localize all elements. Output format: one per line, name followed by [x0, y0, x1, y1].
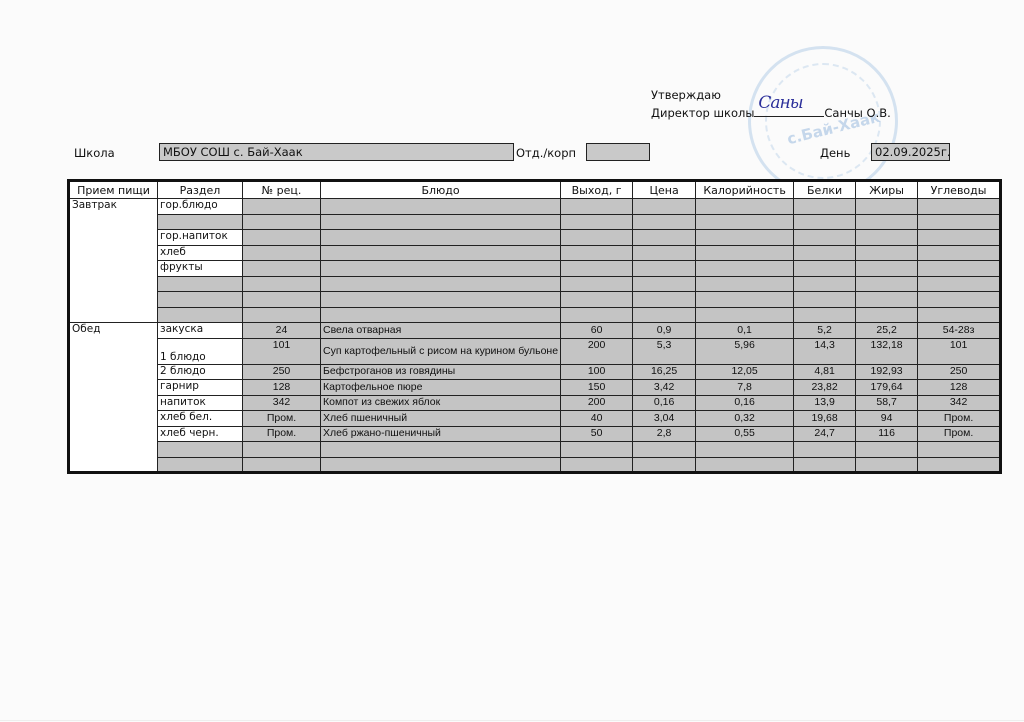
output-cell[interactable]: 100 — [561, 364, 633, 380]
calories-cell[interactable] — [696, 214, 794, 230]
protein-cell[interactable]: 14,3 — [794, 338, 856, 364]
table-row: Обедзакуска24Свела отварная600,90,15,225… — [69, 323, 1001, 339]
page-edge — [0, 720, 1024, 721]
section-cell: закуска — [158, 323, 243, 339]
column-header-section: Раздел — [158, 181, 243, 199]
approval-block: Утверждаю Директор школыСаныСанчы О.В. — [651, 86, 891, 122]
table-row: фрукты — [69, 261, 1001, 277]
carbs-cell[interactable] — [918, 230, 1001, 246]
section-cell — [158, 276, 243, 292]
section-cell — [158, 307, 243, 323]
recipe-cell[interactable]: Пром. — [243, 411, 321, 427]
dish-cell[interactable] — [321, 245, 561, 261]
table-row: напиток342Компот из свежих яблок2000,160… — [69, 395, 1001, 411]
fat-cell[interactable] — [856, 199, 918, 215]
output-cell[interactable]: 40 — [561, 411, 633, 427]
fat-cell[interactable] — [856, 214, 918, 230]
output-cell[interactable] — [561, 261, 633, 277]
output-cell[interactable] — [561, 442, 633, 458]
protein-cell[interactable]: 24,7 — [794, 426, 856, 442]
output-cell[interactable] — [561, 307, 633, 323]
table-row: Завтракгор.блюдо — [69, 199, 1001, 215]
column-header-calories: Калорийность — [696, 181, 794, 199]
price-cell[interactable]: 2,8 — [633, 426, 696, 442]
day-label: День — [820, 146, 850, 160]
dish-cell[interactable] — [321, 199, 561, 215]
recipe-cell[interactable] — [243, 276, 321, 292]
carbs-cell[interactable]: 342 — [918, 395, 1001, 411]
calories-cell[interactable] — [696, 199, 794, 215]
department-label: Отд./корп — [516, 146, 576, 160]
fat-cell[interactable]: 179,64 — [856, 380, 918, 396]
fat-cell[interactable]: 94 — [856, 411, 918, 427]
calories-cell[interactable] — [696, 276, 794, 292]
carbs-cell[interactable] — [918, 199, 1001, 215]
fat-cell[interactable]: 116 — [856, 426, 918, 442]
carbs-cell[interactable] — [918, 442, 1001, 458]
carbs-cell[interactable] — [918, 457, 1001, 473]
output-cell[interactable]: 50 — [561, 426, 633, 442]
recipe-cell[interactable] — [243, 230, 321, 246]
output-cell[interactable] — [561, 292, 633, 308]
dish-cell[interactable] — [321, 457, 561, 473]
section-cell — [158, 457, 243, 473]
section-cell — [158, 214, 243, 230]
output-cell[interactable] — [561, 276, 633, 292]
carbs-cell[interactable]: 250 — [918, 364, 1001, 380]
fat-cell[interactable]: 132,18 — [856, 338, 918, 364]
output-cell[interactable] — [561, 199, 633, 215]
calories-cell[interactable] — [696, 442, 794, 458]
table-row: гарнир128Картофельное пюре1503,427,823,8… — [69, 380, 1001, 396]
price-cell[interactable] — [633, 214, 696, 230]
price-cell[interactable] — [633, 230, 696, 246]
carbs-cell[interactable] — [918, 245, 1001, 261]
table-row: хлеб черн.Пром.Хлеб ржано-пшеничный502,8… — [69, 426, 1001, 442]
price-cell[interactable] — [633, 276, 696, 292]
dish-cell[interactable]: Свела отварная — [321, 323, 561, 339]
output-cell[interactable] — [561, 245, 633, 261]
carbs-cell[interactable] — [918, 292, 1001, 308]
table-row — [69, 457, 1001, 473]
section-cell: гарнир — [158, 380, 243, 396]
recipe-cell[interactable]: 101 — [243, 338, 321, 364]
recipe-cell[interactable] — [243, 214, 321, 230]
carbs-cell[interactable] — [918, 276, 1001, 292]
table-row: 2 блюдо250Бефстроганов из говядины10016,… — [69, 364, 1001, 380]
price-cell[interactable] — [633, 199, 696, 215]
meal-breakfast: Завтрак — [69, 199, 158, 323]
recipe-cell[interactable]: Пром. — [243, 426, 321, 442]
section-cell: хлеб бел. — [158, 411, 243, 427]
calories-cell[interactable]: 0,1 — [696, 323, 794, 339]
section-cell: гор.блюдо — [158, 199, 243, 215]
dish-cell[interactable] — [321, 276, 561, 292]
carbs-cell[interactable]: Пром. — [918, 411, 1001, 427]
dish-cell[interactable] — [321, 292, 561, 308]
table-row: хлеб бел.Пром.Хлеб пшеничный403,040,3219… — [69, 411, 1001, 427]
carbs-cell[interactable] — [918, 261, 1001, 277]
fat-cell[interactable]: 58,7 — [856, 395, 918, 411]
department-field[interactable] — [586, 143, 650, 161]
calories-cell[interactable]: 5,96 — [696, 338, 794, 364]
dish-cell[interactable]: Хлеб пшеничный — [321, 411, 561, 427]
protein-cell[interactable]: 19,68 — [794, 411, 856, 427]
protein-cell[interactable] — [794, 261, 856, 277]
director-name: Санчы О.В. — [824, 106, 890, 120]
dish-cell[interactable]: Хлеб ржано-пшеничный — [321, 426, 561, 442]
section-cell — [158, 442, 243, 458]
column-header-fat: Жиры — [856, 181, 918, 199]
fat-cell[interactable] — [856, 276, 918, 292]
protein-cell[interactable]: 5,2 — [794, 323, 856, 339]
fat-cell[interactable] — [856, 442, 918, 458]
dish-cell[interactable] — [321, 442, 561, 458]
protein-cell[interactable] — [794, 276, 856, 292]
section-cell: 1 блюдо — [158, 338, 243, 364]
price-cell[interactable] — [633, 292, 696, 308]
column-header-carbs: Углеводы — [918, 181, 1001, 199]
fat-cell[interactable] — [856, 245, 918, 261]
fat-cell[interactable] — [856, 307, 918, 323]
protein-cell[interactable] — [794, 214, 856, 230]
carbs-cell[interactable]: 128 — [918, 380, 1001, 396]
dish-cell[interactable]: Компот из свежих яблок — [321, 395, 561, 411]
output-cell[interactable] — [561, 230, 633, 246]
calories-cell[interactable] — [696, 230, 794, 246]
day-field[interactable]: 02.09.2025г. — [871, 143, 950, 161]
price-cell[interactable]: 5,3 — [633, 338, 696, 364]
price-cell[interactable] — [633, 261, 696, 277]
table-header-row: Прием пищиРаздел№ рец.БлюдоВыход, гЦенаК… — [69, 181, 1001, 199]
dish-cell[interactable] — [321, 214, 561, 230]
output-cell[interactable] — [561, 214, 633, 230]
protein-cell[interactable] — [794, 307, 856, 323]
recipe-cell[interactable]: 24 — [243, 323, 321, 339]
table-row — [69, 214, 1001, 230]
column-header-protein: Белки — [794, 181, 856, 199]
calories-cell[interactable]: 12,05 — [696, 364, 794, 380]
signature-field: Саны — [754, 104, 824, 117]
recipe-cell[interactable] — [243, 245, 321, 261]
column-header-price: Цена — [633, 181, 696, 199]
carbs-cell[interactable]: Пром. — [918, 426, 1001, 442]
calories-cell[interactable] — [696, 292, 794, 308]
carbs-cell[interactable]: 54-28з — [918, 323, 1001, 339]
price-cell[interactable] — [633, 442, 696, 458]
calories-cell[interactable]: 0,16 — [696, 395, 794, 411]
protein-cell[interactable] — [794, 245, 856, 261]
section-cell — [158, 292, 243, 308]
table-row: 1 блюдо101Суп картофельный с рисом на ку… — [69, 338, 1001, 364]
price-cell[interactable]: 3,04 — [633, 411, 696, 427]
dish-cell[interactable] — [321, 307, 561, 323]
price-cell[interactable]: 3,42 — [633, 380, 696, 396]
protein-cell[interactable]: 13,9 — [794, 395, 856, 411]
dish-cell[interactable] — [321, 230, 561, 246]
handwritten-signature: Саны — [758, 94, 802, 112]
school-label: Школа — [74, 146, 115, 160]
protein-cell[interactable] — [794, 230, 856, 246]
fat-cell[interactable] — [856, 230, 918, 246]
recipe-cell[interactable] — [243, 442, 321, 458]
price-cell[interactable]: 0,9 — [633, 323, 696, 339]
fat-cell[interactable] — [856, 292, 918, 308]
price-cell[interactable] — [633, 457, 696, 473]
protein-cell[interactable] — [794, 457, 856, 473]
dish-cell[interactable] — [321, 261, 561, 277]
output-cell[interactable]: 200 — [561, 395, 633, 411]
approval-signature-line: Директор школыСаныСанчы О.В. — [651, 104, 891, 122]
price-cell[interactable] — [633, 307, 696, 323]
calories-cell[interactable]: 7,8 — [696, 380, 794, 396]
column-header-meal: Прием пищи — [69, 181, 158, 199]
dish-cell[interactable]: Картофельное пюре — [321, 380, 561, 396]
recipe-cell[interactable]: 128 — [243, 380, 321, 396]
calories-cell[interactable] — [696, 457, 794, 473]
recipe-cell[interactable] — [243, 261, 321, 277]
protein-cell[interactable] — [794, 442, 856, 458]
section-cell: хлеб — [158, 245, 243, 261]
calories-cell[interactable] — [696, 245, 794, 261]
protein-cell[interactable] — [794, 292, 856, 308]
meal-lunch: Обед — [69, 323, 158, 473]
price-cell[interactable] — [633, 245, 696, 261]
table-row: гор.напиток — [69, 230, 1001, 246]
column-header-output: Выход, г — [561, 181, 633, 199]
section-cell: гор.напиток — [158, 230, 243, 246]
section-cell: хлеб черн. — [158, 426, 243, 442]
fat-cell[interactable]: 25,2 — [856, 323, 918, 339]
table-row — [69, 442, 1001, 458]
protein-cell[interactable] — [794, 199, 856, 215]
carbs-cell[interactable]: 101 — [918, 338, 1001, 364]
director-position: Директор школы — [651, 106, 754, 120]
dish-cell[interactable]: Бефстроганов из говядины — [321, 364, 561, 380]
dish-cell[interactable]: Суп картофельный с рисом на курином буль… — [321, 338, 561, 364]
output-cell[interactable]: 150 — [561, 380, 633, 396]
output-cell[interactable] — [561, 457, 633, 473]
carbs-cell[interactable] — [918, 214, 1001, 230]
recipe-cell[interactable]: 342 — [243, 395, 321, 411]
price-cell[interactable]: 0,16 — [633, 395, 696, 411]
recipe-cell[interactable] — [243, 199, 321, 215]
recipe-cell[interactable]: 250 — [243, 364, 321, 380]
calories-cell[interactable]: 0,32 — [696, 411, 794, 427]
calories-cell[interactable] — [696, 261, 794, 277]
calories-cell[interactable]: 0,55 — [696, 426, 794, 442]
carbs-cell[interactable] — [918, 307, 1001, 323]
section-cell: фрукты — [158, 261, 243, 277]
recipe-cell[interactable] — [243, 292, 321, 308]
menu-table: Прием пищиРаздел№ рец.БлюдоВыход, гЦенаК… — [67, 179, 1002, 474]
output-cell[interactable]: 60 — [561, 323, 633, 339]
protein-cell[interactable]: 4,81 — [794, 364, 856, 380]
fat-cell[interactable] — [856, 261, 918, 277]
section-cell: напиток — [158, 395, 243, 411]
section-cell: 2 блюдо — [158, 364, 243, 380]
recipe-cell[interactable] — [243, 307, 321, 323]
table-row — [69, 307, 1001, 323]
output-cell[interactable]: 200 — [561, 338, 633, 364]
fat-cell[interactable]: 192,93 — [856, 364, 918, 380]
fat-cell[interactable] — [856, 457, 918, 473]
protein-cell[interactable]: 23,82 — [794, 380, 856, 396]
price-cell[interactable]: 16,25 — [633, 364, 696, 380]
school-field[interactable]: МБОУ СОШ с. Бай-Хаак — [159, 143, 514, 161]
column-header-recipe: № рец. — [243, 181, 321, 199]
table-row — [69, 292, 1001, 308]
calories-cell[interactable] — [696, 307, 794, 323]
table-row — [69, 276, 1001, 292]
column-header-dish: Блюдо — [321, 181, 561, 199]
table-row: хлеб — [69, 245, 1001, 261]
recipe-cell[interactable] — [243, 457, 321, 473]
